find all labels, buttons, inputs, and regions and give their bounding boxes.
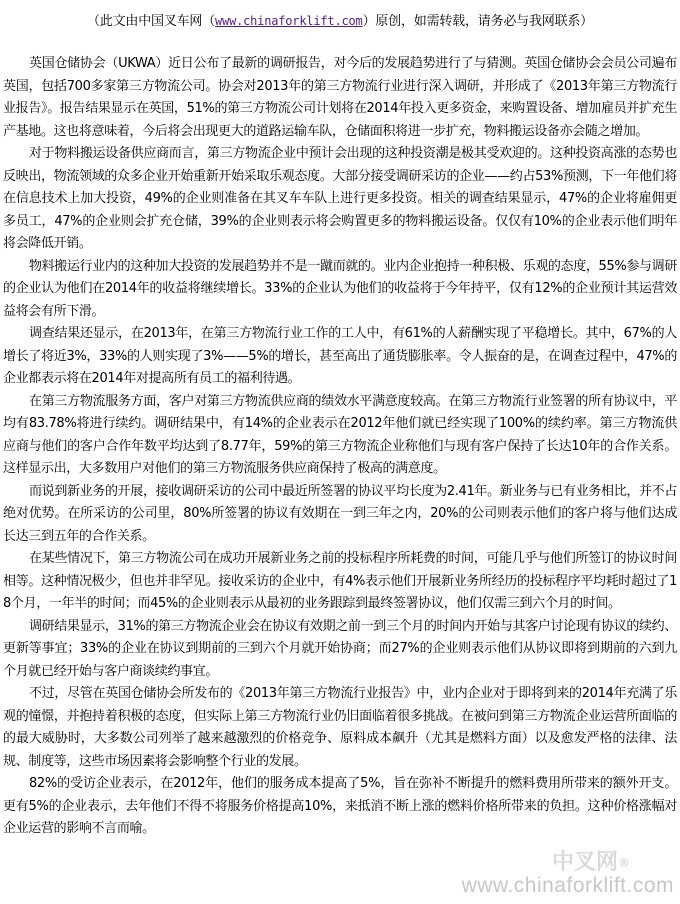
paragraph-7: 在某些情况下，第三方物流公司在成功开展新业务之前的投标程序所耗费的时间，可能几乎… (3, 548, 677, 616)
source-note-suffix: ）原创，如需转载，请务必与我网联系） (363, 14, 593, 29)
source-note: （此文由中国叉车网（www.chinaforklift.com）原创，如需转载，… (3, 10, 677, 33)
paragraph-1: 英国仓储协会（UKWA）近日公布了最新的调研报告，对今后的发展趋势进行了与猜测。… (3, 53, 677, 143)
paragraph-10: 82%的受访企业表示，在2012年，他们的服务成本提高了5%，旨在弥补不断提升的… (3, 773, 677, 841)
paragraph-9: 不过，尽管在英国仓储协会所发布的《2013年第三方物流行业报告》中，业内企业对于… (3, 683, 677, 773)
paragraph-3: 物料搬运行业内的这种加大投资的发展趋势并不是一蹴而就的。业内企业抱持一种积极、乐… (3, 256, 677, 324)
source-link[interactable]: www.chinaforklift.com (215, 14, 363, 28)
paragraph-8: 调研结果显示，31%的第三方物流企业会在协议有效期之前一到三个月的时间内开始与其… (3, 616, 677, 684)
paragraph-6: 而说到新业务的开展，接收调研采访的公司中最近所签署的协议平均长度为2.41年。新… (3, 481, 677, 549)
site-watermark: 中叉网® www.chinaforklift.com (462, 852, 674, 898)
watermark-logo-text: 中叉网® (462, 852, 630, 874)
paragraph-5: 在第三方物流服务方面，客户对第三方物流供应商的绩效水平满意度较高。在第三方物流行… (3, 391, 677, 481)
watermark-cn: 中叉网 (552, 850, 618, 875)
registered-mark-icon: ® (618, 856, 630, 870)
source-note-prefix: （此文由中国叉车网（ (87, 14, 215, 29)
article: （此文由中国叉车网（www.chinaforklift.com）原创，如需转载，… (3, 10, 677, 841)
paragraph-4: 调查结果还显示，在2013年，在第三方物流行业工作的工人中，有61%的人薪酬实现… (3, 323, 677, 391)
paragraph-2: 对于物料搬运设备供应商而言，第三方物流企业中预计会出现的这种投资潮是极其受欢迎的… (3, 143, 677, 256)
watermark-url: www.chinaforklift.com (462, 874, 674, 898)
